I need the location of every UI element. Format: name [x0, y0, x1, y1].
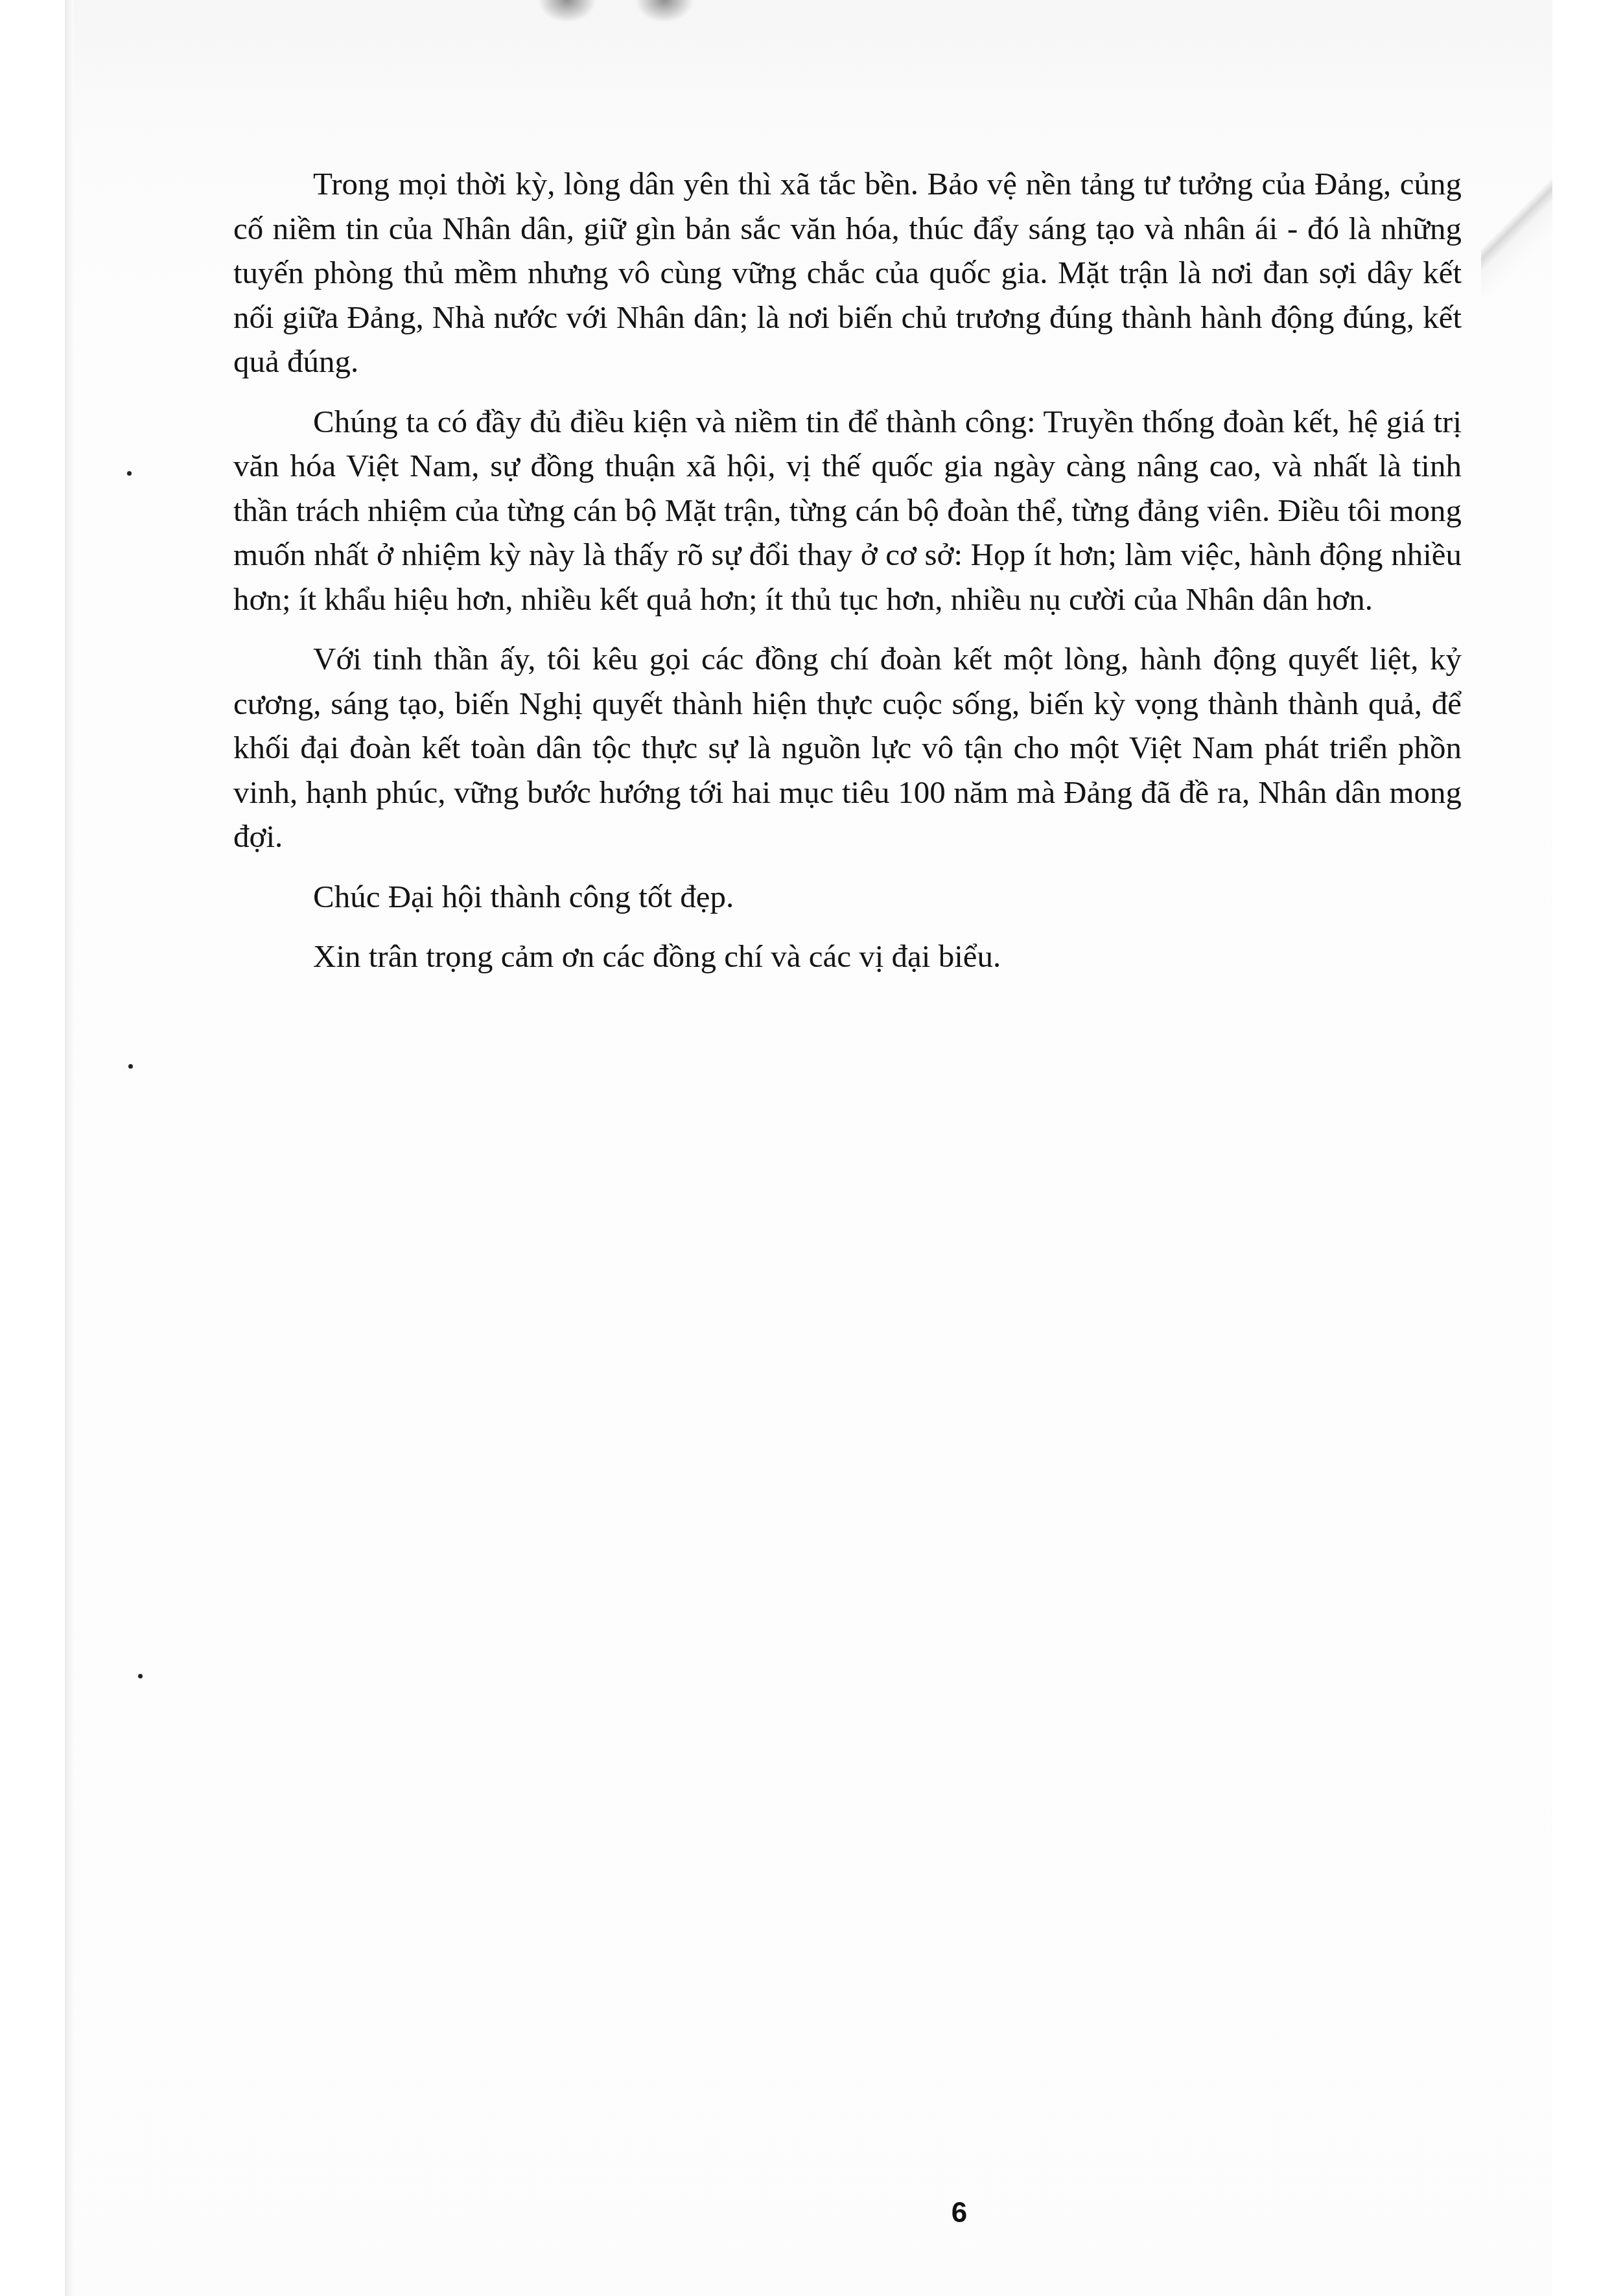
- page-number: 6: [940, 2199, 979, 2227]
- binding-hole-mark: [138, 1674, 143, 1678]
- closing-thanks: Xin trân trọng cảm ơn các đồng chí và cá…: [233, 934, 1462, 979]
- binding-hole-mark: [127, 471, 132, 476]
- paragraph: Chúng ta có đầy đủ điều kiện và niềm tin…: [233, 400, 1462, 622]
- document-body: Trong mọi thời kỳ, lòng dân yên thì xã t…: [233, 162, 1462, 995]
- binding-hole-mark: [128, 1064, 133, 1069]
- page-corner-fold: [1481, 149, 1552, 298]
- scan-shadow: [635, 0, 694, 23]
- scan-shadow: [538, 0, 596, 23]
- closing-wish: Chúc Đại hội thành công tốt đẹp.: [233, 875, 1462, 920]
- paragraph: Trong mọi thời kỳ, lòng dân yên thì xã t…: [233, 162, 1462, 384]
- paragraph: Với tinh thần ấy, tôi kêu gọi các đồng c…: [233, 637, 1462, 859]
